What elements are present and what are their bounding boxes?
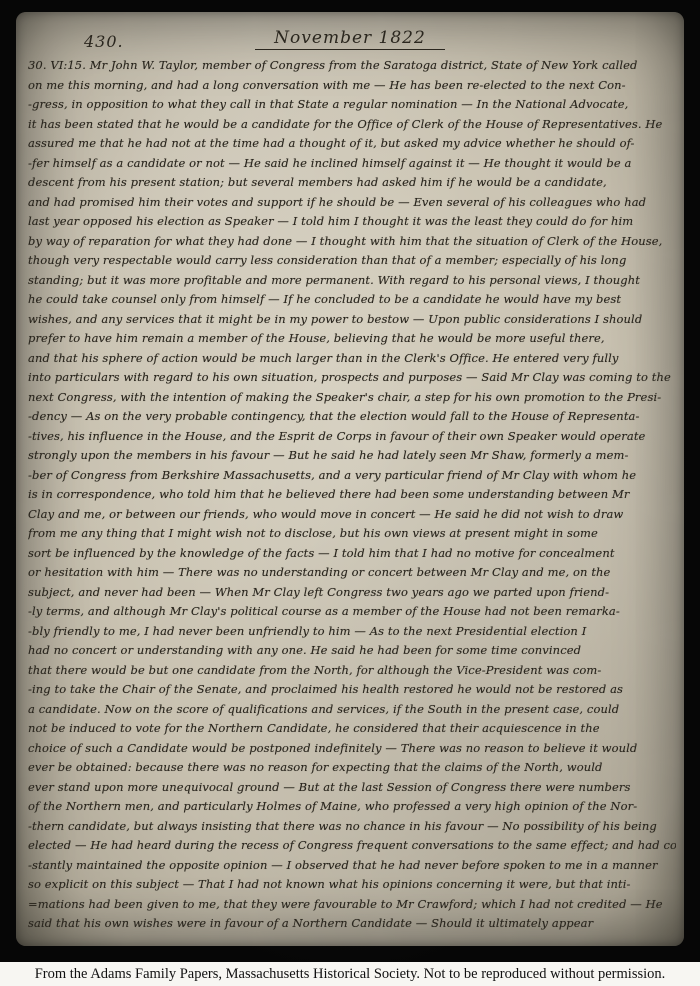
- manuscript-line: descent from his present station; but se…: [28, 173, 676, 193]
- manuscript-line: -dency — As on the very probable conting…: [28, 407, 676, 427]
- manuscript-line: -gress, in opposition to what they call …: [28, 95, 676, 115]
- manuscript-line: prefer to have him remain a member of th…: [28, 329, 676, 349]
- manuscript-line: strongly upon the members in his favour …: [28, 446, 676, 466]
- manuscript-line: ever stand upon more unequivocal ground …: [28, 778, 676, 798]
- manuscript-line: by way of reparation for what they had d…: [28, 232, 676, 252]
- scan-background: 430. November 1822 30. VI:15. Mr John W.…: [0, 0, 700, 986]
- manuscript-line: -ly terms, and although Mr Clay's politi…: [28, 602, 676, 622]
- manuscript-line: -ing to take the Chair of the Senate, an…: [28, 680, 676, 700]
- manuscript-line: of the Northern men, and particularly Ho…: [28, 797, 676, 817]
- manuscript-line: on me this morning, and had a long conve…: [28, 76, 676, 96]
- manuscript-line: he could take counsel only from himself …: [28, 290, 676, 310]
- manuscript-line: ever be obtained: because there was no r…: [28, 758, 676, 778]
- manuscript-line: and had promised him their votes and sup…: [28, 193, 676, 213]
- manuscript-line: 30. VI:15. Mr John W. Taylor, member of …: [28, 56, 676, 76]
- manuscript-line: said that his own wishes were in favour …: [28, 914, 676, 934]
- manuscript-line: assured me that he had not at the time h…: [28, 134, 676, 154]
- manuscript-line: standing; but it was more profitable and…: [28, 271, 676, 291]
- manuscript-line: =mations had been given to me, that they…: [28, 895, 676, 915]
- manuscript-line: -ber of Congress from Berkshire Massachu…: [28, 466, 676, 486]
- manuscript-line: had no concert or understanding with any…: [28, 641, 676, 661]
- manuscript-line: -fer himself as a candidate or not — He …: [28, 154, 676, 174]
- manuscript-line: so explicit on this subject — That I had…: [28, 875, 676, 895]
- manuscript-line: -tives, his influence in the House, and …: [28, 427, 676, 447]
- manuscript-line: not be induced to vote for the Northern …: [28, 719, 676, 739]
- manuscript-line: subject, and never had been — When Mr Cl…: [28, 583, 676, 603]
- manuscript-line: sort be influenced by the knowledge of t…: [28, 544, 676, 564]
- page-number: 430.: [84, 32, 124, 51]
- page-header: 430. November 1822: [16, 12, 684, 52]
- manuscript-line: -stantly maintained the opposite opinion…: [28, 856, 676, 876]
- manuscript-line: Clay and me, or between our friends, who…: [28, 505, 676, 525]
- manuscript-line: next Congress, with the intention of mak…: [28, 388, 676, 408]
- manuscript-line: from me any thing that I might wish not …: [28, 524, 676, 544]
- manuscript-line: though very respectable would carry less…: [28, 251, 676, 271]
- manuscript-line: -thern candidate, but always insisting t…: [28, 817, 676, 837]
- manuscript-line: choice of such a Candidate would be post…: [28, 739, 676, 759]
- manuscript-line: into particulars with regard to his own …: [28, 368, 676, 388]
- manuscript-line: a candidate. Now on the score of qualifi…: [28, 700, 676, 720]
- manuscript-line: it has been stated that he would be a ca…: [28, 115, 676, 135]
- date-heading: November 1822: [255, 28, 445, 50]
- manuscript-line: last year opposed his election as Speake…: [28, 212, 676, 232]
- manuscript-line: and that his sphere of action would be m…: [28, 349, 676, 369]
- manuscript-line: wishes, and any services that it might b…: [28, 310, 676, 330]
- manuscript-line: that there would be but one candidate fr…: [28, 661, 676, 681]
- manuscript-page: 430. November 1822 30. VI:15. Mr John W.…: [16, 12, 684, 946]
- caption-text: From the Adams Family Papers, Massachuse…: [35, 966, 666, 983]
- caption-bar: From the Adams Family Papers, Massachuse…: [0, 962, 700, 986]
- manuscript-line: -bly friendly to me, I had never been un…: [28, 622, 676, 642]
- manuscript-text: 30. VI:15. Mr John W. Taylor, member of …: [16, 52, 684, 934]
- manuscript-line: is in correspondence, who told him that …: [28, 485, 676, 505]
- manuscript-line: or hesitation with him — There was no un…: [28, 563, 676, 583]
- manuscript-line: elected — He had heard during the recess…: [28, 836, 676, 856]
